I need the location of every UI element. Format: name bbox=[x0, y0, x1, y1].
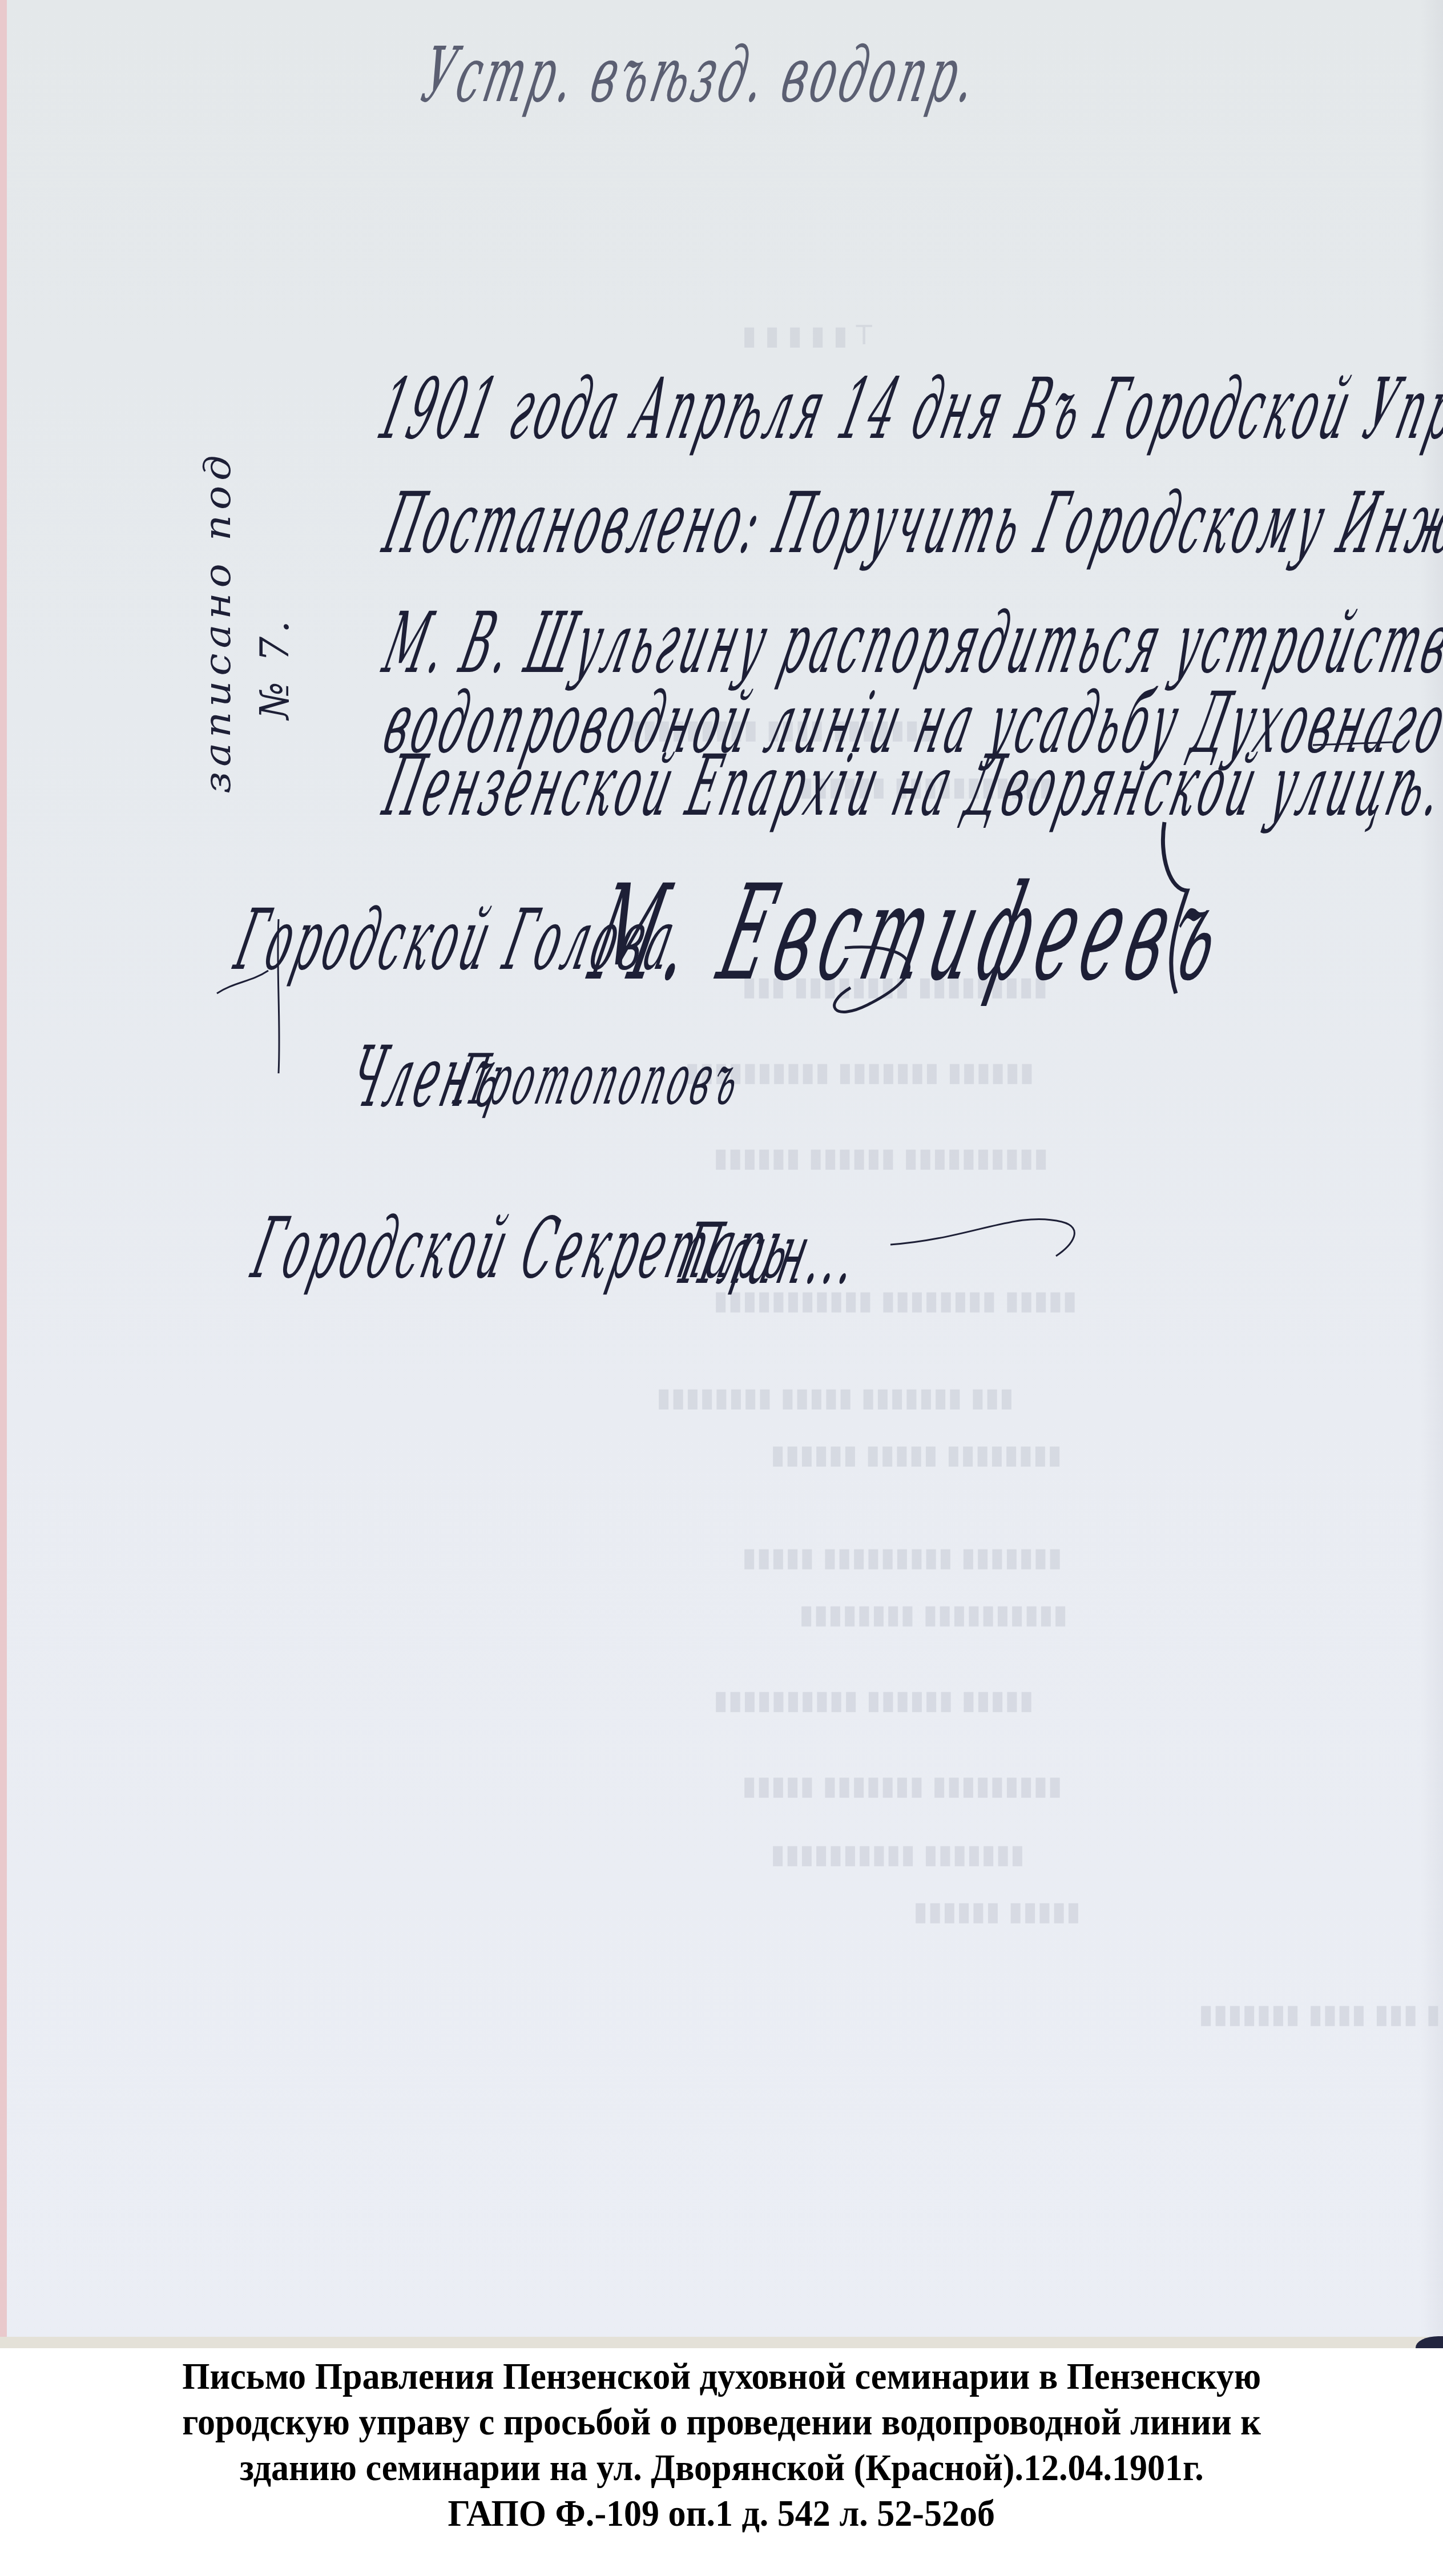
caption-line: городскую управу с просьбой о проведении… bbox=[0, 2400, 1443, 2445]
caption-line: зданию семинарии на ул. Дворянской (Крас… bbox=[0, 2445, 1443, 2491]
caption: Письмо Правления Пензенской духовной сем… bbox=[0, 2348, 1443, 2576]
ink-flourishes bbox=[0, 0, 1443, 2348]
caption-line: ГАПО Ф.-109 оп.1 д. 542 л. 52-52об bbox=[0, 2491, 1443, 2537]
caption-line: Письмо Правления Пензенской духовной сем… bbox=[0, 2354, 1443, 2400]
scan-bottom-edge bbox=[0, 2337, 1443, 2348]
document-scan: Т ▮ ▮ ▮ ▮ ▮ ▮▮▮▮▮▮▮ ▮▮▮▮ ▮▮▮▮▮▮▮▮▮ ▮▮▮▮▮… bbox=[0, 0, 1443, 2348]
